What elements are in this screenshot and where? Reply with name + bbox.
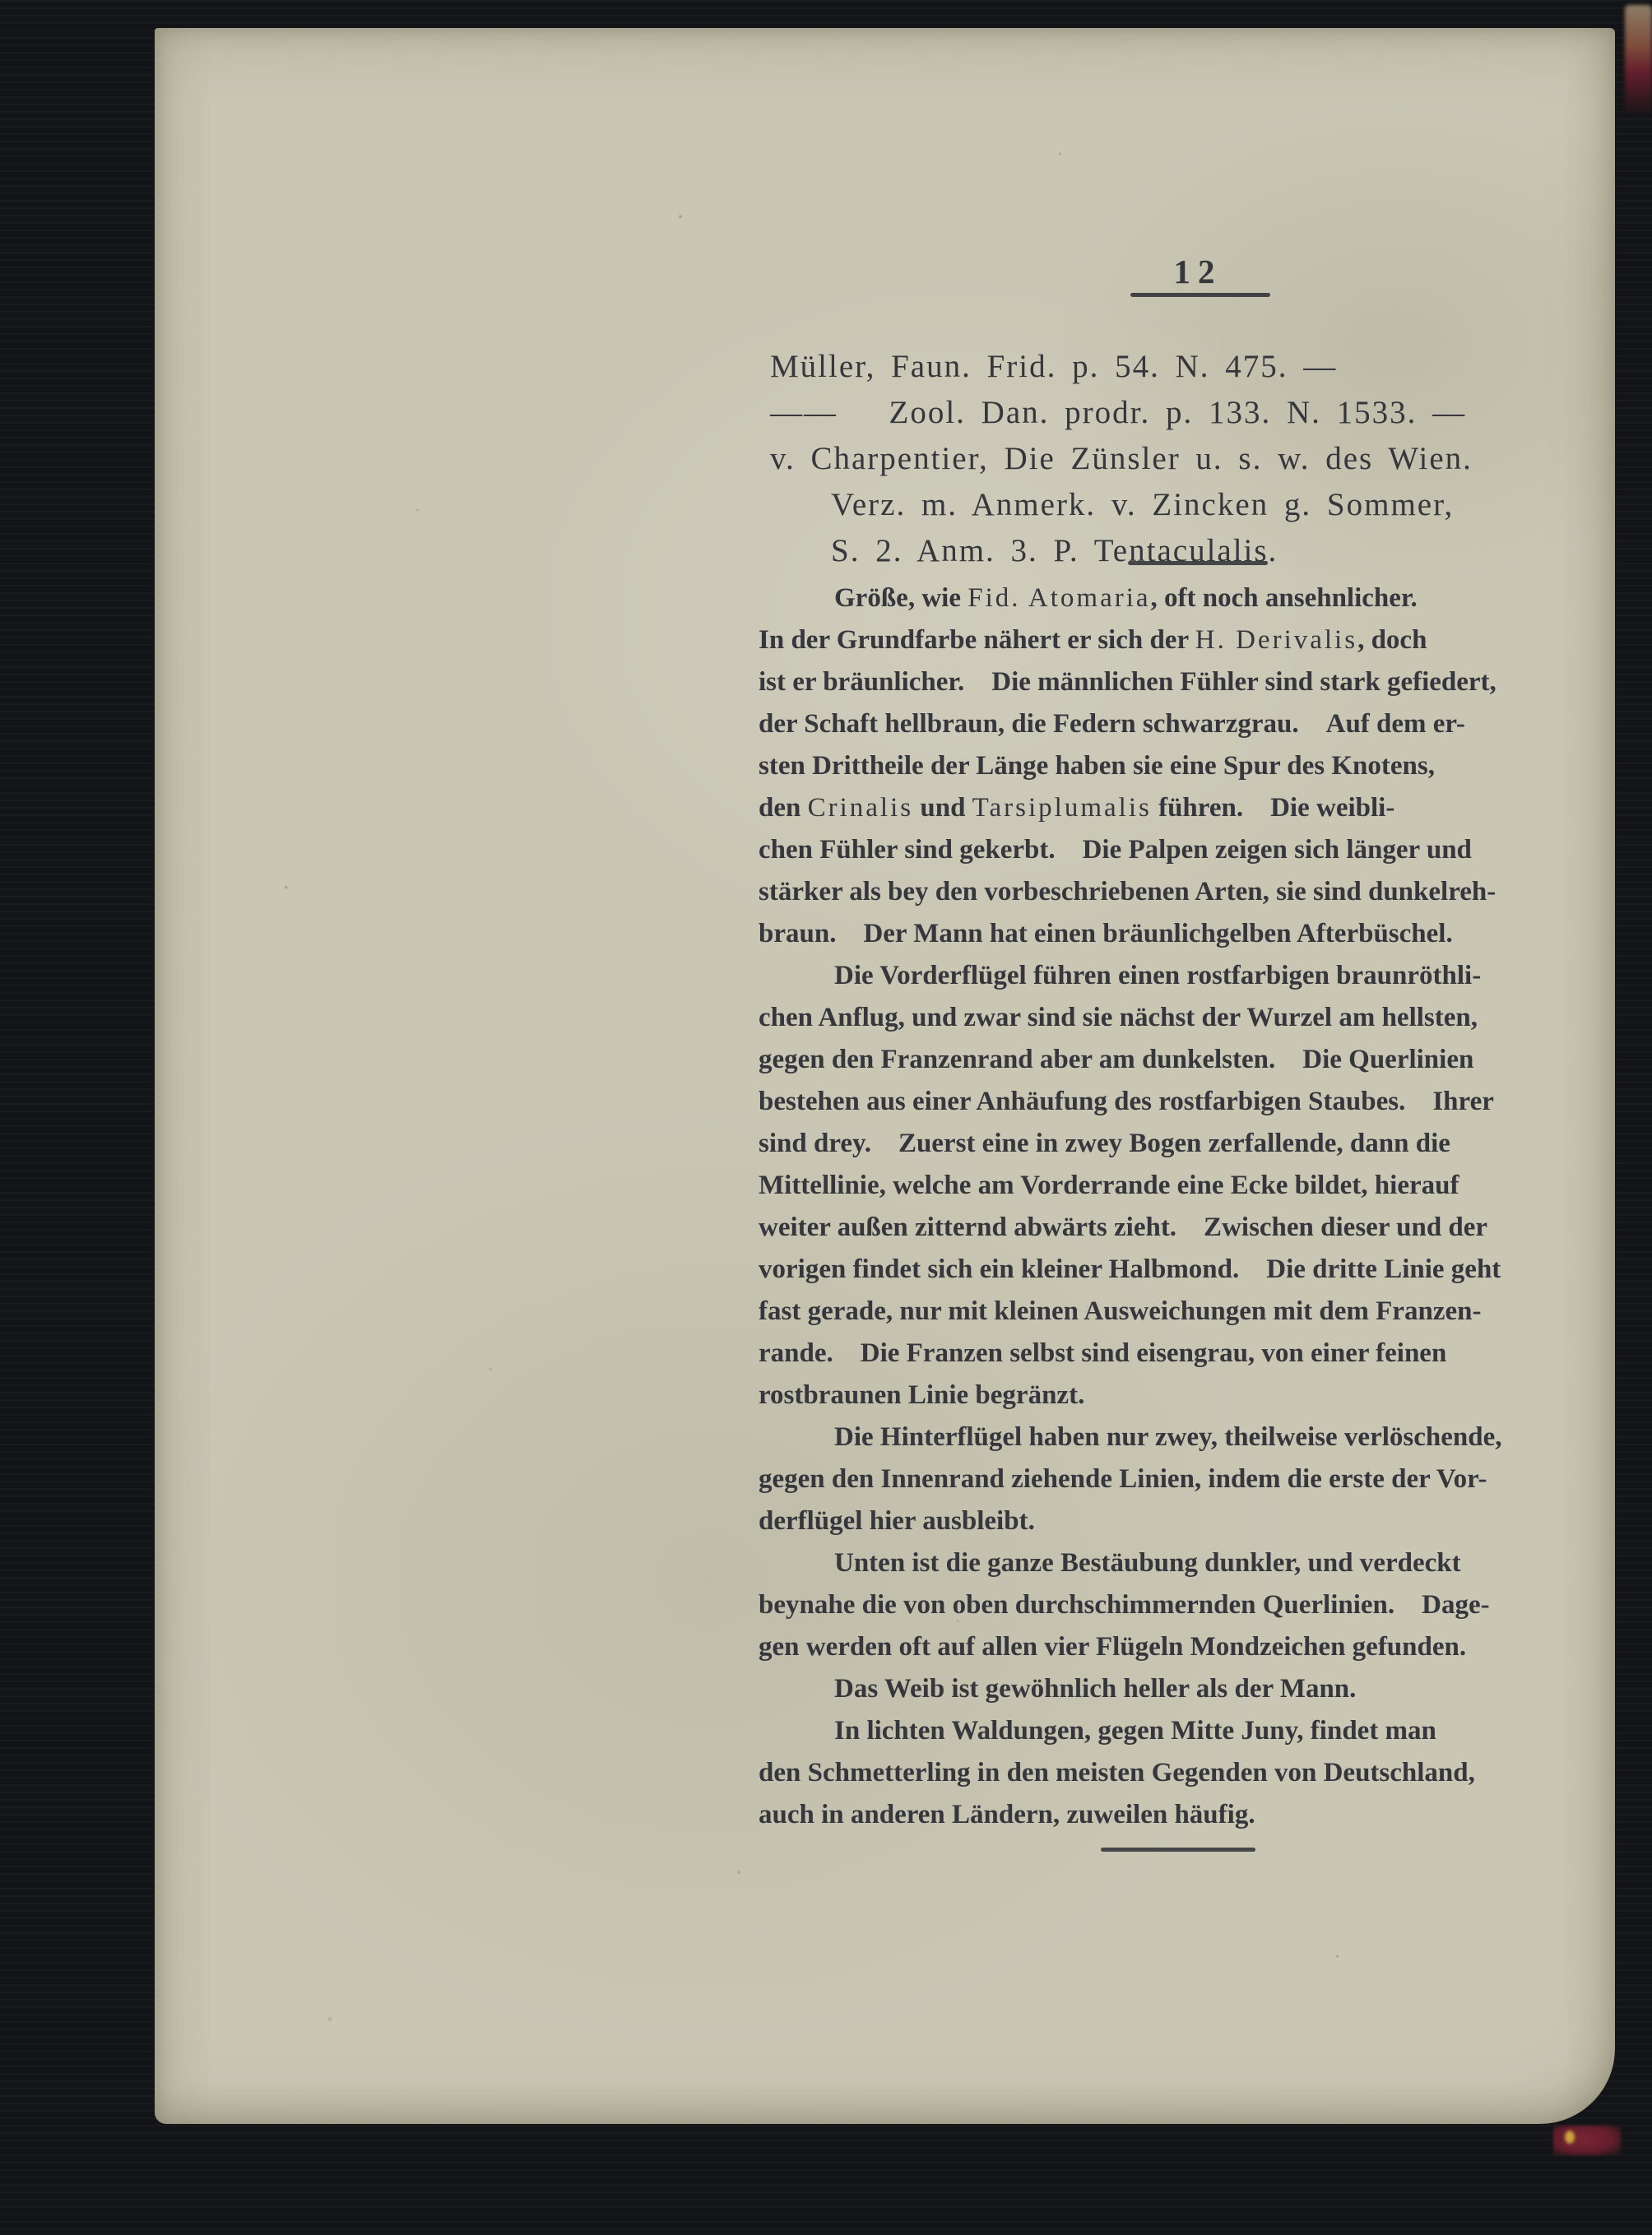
- body-text-line: derflügel hier ausbleibt.: [759, 1500, 1614, 1542]
- body-text-segment: und: [913, 793, 972, 823]
- body-text-line: rande. Die Franzen selbst sind eisengrau…: [759, 1333, 1614, 1375]
- body-text-segment: Die Hinterflügel haben nur zwey, theilwe…: [834, 1422, 1501, 1452]
- body-text-line: In lichten Waldungen, gegen Mitte Juny, …: [759, 1710, 1614, 1752]
- body-text-line: vorigen findet sich ein kleiner Halbmond…: [759, 1249, 1614, 1291]
- page-number-rule: [1130, 293, 1270, 297]
- body-text-line: stärker als bey den vorbeschriebenen Art…: [759, 871, 1614, 913]
- body-text-line: weiter außen zitternd abwärts zieht. Zwi…: [759, 1207, 1614, 1249]
- body-text-segment: Die Vorderflügel führen einen rostfarbig…: [834, 961, 1481, 990]
- binding-edge-bottom-right: [1553, 2126, 1621, 2155]
- body-text-line: bestehen aus einer Anhäufung des rostfar…: [759, 1081, 1614, 1123]
- body-text-segment: führen. Die weibli-: [1152, 793, 1394, 823]
- body-text-line: auch in anderen Ländern, zuweilen häufig…: [759, 1794, 1614, 1836]
- body-text-line: gegen den Franzenrand aber am dunkelsten…: [759, 1039, 1614, 1081]
- body-text-segment: den Schmetterling in den meisten Gegende…: [759, 1758, 1475, 1788]
- reference-line: Verz. m. Anmerk. v. Zincken g. Sommer,: [770, 482, 1606, 528]
- body-text-segment: auch in anderen Ländern, zuweilen häufig…: [759, 1800, 1255, 1829]
- body-text-line: braun. Der Mann hat einen bräunlichgelbe…: [759, 913, 1614, 955]
- body-text-segment: ist er bräunlicher. Die männlichen Fühle…: [759, 667, 1497, 697]
- body-text-segment: vorigen findet sich ein kleiner Halbmond…: [759, 1254, 1501, 1284]
- body-text-line: sind drey. Zuerst eine in zwey Bogen zer…: [759, 1123, 1614, 1165]
- latin-species-name: H. Derivalis: [1195, 625, 1357, 655]
- reference-block: Müller, Faun. Frid. p. 54. N. 475. ——— Z…: [770, 344, 1606, 574]
- body-text: Größe, wie Fid. Atomaria, oft noch anseh…: [759, 577, 1614, 1836]
- body-text-line: gegen den Innenrand ziehende Linien, ind…: [759, 1458, 1614, 1500]
- body-text-line: rostbraunen Linie begränzt.: [759, 1375, 1614, 1417]
- reference-line: v. Charpentier, Die Zünsler u. s. w. des…: [770, 436, 1606, 482]
- body-text-line: der Schaft hellbraun, die Federn schwarz…: [759, 703, 1614, 745]
- body-text-segment: rostbraunen Linie begränzt.: [759, 1380, 1084, 1410]
- body-text-line: fast gerade, nur mit kleinen Ausweichung…: [759, 1291, 1614, 1333]
- body-text-segment: Das Weib ist gewöhnlich heller als der M…: [834, 1674, 1356, 1704]
- end-of-entry-rule: [1101, 1848, 1255, 1852]
- body-text-segment: fast gerade, nur mit kleinen Ausweichung…: [759, 1296, 1481, 1326]
- body-text-segment: stärker als bey den vorbeschriebenen Art…: [759, 877, 1496, 907]
- body-text-line: In der Grundfarbe nähert er sich der H. …: [759, 619, 1614, 661]
- body-text-segment: Unten ist die ganze Bestäubung dunkler, …: [834, 1548, 1461, 1578]
- body-text-segment: chen Anflug, und zwar sind sie nächst de…: [759, 1003, 1478, 1032]
- body-text-segment: In lichten Waldungen, gegen Mitte Juny, …: [834, 1716, 1436, 1746]
- page-number: 12: [1125, 252, 1270, 291]
- section-divider-rule: [1128, 561, 1268, 565]
- book-page: 12 Müller, Faun. Frid. p. 54. N. 475. ——…: [155, 28, 1615, 2124]
- body-text-segment: sten Drittheile der Länge haben sie eine…: [759, 751, 1435, 781]
- binding-edge-top-right: [1625, 5, 1652, 114]
- body-text-line: Die Vorderflügel führen einen rostfarbig…: [759, 955, 1614, 997]
- reference-line: Müller, Faun. Frid. p. 54. N. 475. —: [770, 344, 1606, 390]
- body-text-segment: , doch: [1357, 625, 1427, 655]
- body-text-segment: derflügel hier ausbleibt.: [759, 1506, 1035, 1536]
- body-text-segment: gen werden oft auf allen vier Flügeln Mo…: [759, 1632, 1466, 1662]
- body-text-line: Unten ist die ganze Bestäubung dunkler, …: [759, 1542, 1614, 1584]
- body-text-line: ist er bräunlicher. Die männlichen Fühle…: [759, 661, 1614, 703]
- latin-species-name: Tarsiplumalis: [972, 793, 1152, 823]
- body-text-line: den Schmetterling in den meisten Gegende…: [759, 1752, 1614, 1794]
- body-text-line: Die Hinterflügel haben nur zwey, theilwe…: [759, 1417, 1614, 1458]
- body-text-line: Größe, wie Fid. Atomaria, oft noch anseh…: [759, 577, 1614, 619]
- body-text-segment: der Schaft hellbraun, die Federn schwarz…: [759, 709, 1465, 739]
- body-text-segment: gegen den Innenrand ziehende Linien, ind…: [759, 1464, 1487, 1494]
- body-text-line: chen Anflug, und zwar sind sie nächst de…: [759, 997, 1614, 1039]
- body-text-segment: bestehen aus einer Anhäufung des rostfar…: [759, 1087, 1494, 1116]
- body-text-line: chen Fühler sind gekerbt. Die Palpen zei…: [759, 829, 1614, 871]
- scan-background: { "document": { "page_number": "12", "re…: [0, 0, 1652, 2235]
- body-text-line: beynahe die von oben durchschimmernden Q…: [759, 1584, 1614, 1626]
- gilt-edge-speck: [1565, 2131, 1575, 2144]
- body-text-line: den Crinalis und Tarsiplumalis führen. D…: [759, 787, 1614, 829]
- body-text-line: Mittellinie, welche am Vorderrande eine …: [759, 1165, 1614, 1207]
- body-text-line: sten Drittheile der Länge haben sie eine…: [759, 745, 1614, 787]
- latin-species-name: Fid. Atomaria: [968, 583, 1150, 613]
- body-text-segment: rande. Die Franzen selbst sind eisengrau…: [759, 1338, 1446, 1368]
- reference-line: —— Zool. Dan. prodr. p. 133. N. 1533. —: [770, 390, 1606, 436]
- body-text-segment: beynahe die von oben durchschimmernden Q…: [759, 1590, 1490, 1620]
- body-text-segment: Mittellinie, welche am Vorderrande eine …: [759, 1171, 1459, 1200]
- body-text-segment: chen Fühler sind gekerbt. Die Palpen zei…: [759, 835, 1472, 865]
- body-text-segment: braun. Der Mann hat einen bräunlichgelbe…: [759, 919, 1453, 948]
- body-text-segment: weiter außen zitternd abwärts zieht. Zwi…: [759, 1213, 1487, 1242]
- reference-line: S. 2. Anm. 3. P. Tentaculalis.: [770, 528, 1606, 574]
- body-text-segment: Größe, wie: [834, 583, 968, 613]
- latin-species-name: Crinalis: [808, 793, 914, 823]
- body-text-segment: In der Grundfarbe nähert er sich der: [759, 625, 1195, 655]
- body-text-segment: , oft noch ansehnlicher.: [1151, 583, 1418, 613]
- body-text-line: gen werden oft auf allen vier Flügeln Mo…: [759, 1626, 1614, 1668]
- body-text-segment: den: [759, 793, 808, 823]
- body-text-segment: sind drey. Zuerst eine in zwey Bogen zer…: [759, 1129, 1450, 1158]
- body-text-segment: gegen den Franzenrand aber am dunkelsten…: [759, 1045, 1473, 1074]
- body-text-line: Das Weib ist gewöhnlich heller als der M…: [759, 1668, 1614, 1710]
